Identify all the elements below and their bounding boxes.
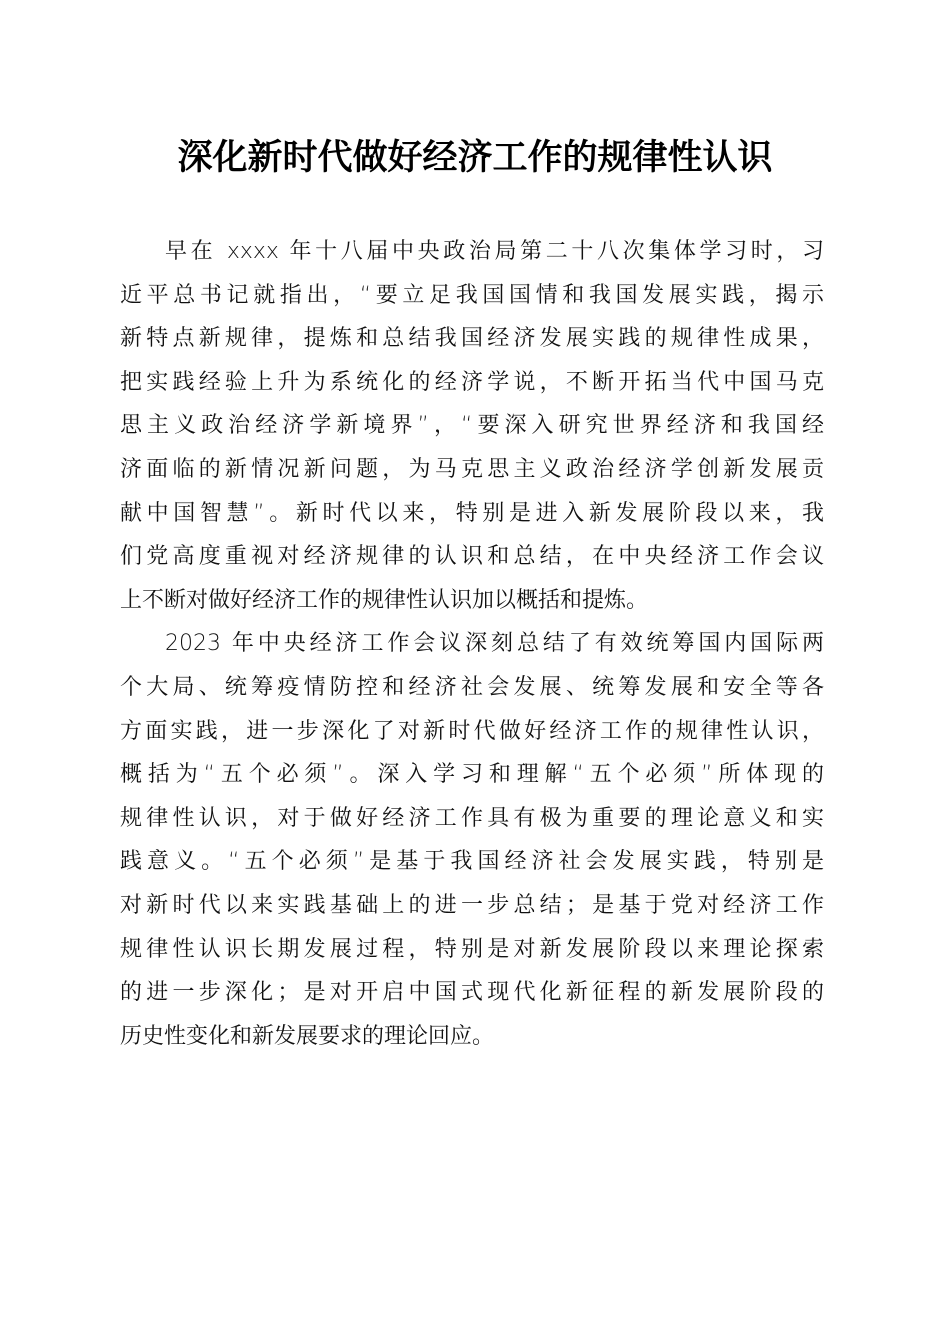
paragraph-line: 思主义政治经济学新境界”，“要深入研究世界经济和我国经 (120, 404, 824, 448)
paragraph-line: 新特点新规律，提炼和总结我国经济发展实践的规律性成果， (120, 317, 824, 361)
paragraph-line: 概括为“五个必须”。深入学习和理解“五个必须”所体现的 (120, 753, 824, 797)
document-body: 早在 xxxx 年十八届中央政治局第二十八次集体学习时，习 近平总书记就指出，“… (120, 230, 824, 1058)
paragraph-line: 近平总书记就指出，“要立足我国国情和我国发展实践，揭示 (120, 274, 824, 318)
paragraph-line: 们党高度重视对经济规律的认识和总结，在中央经济工作会议 (120, 535, 824, 579)
document-page: 深化新时代做好经济工作的规律性认识 早在 xxxx 年十八届中央政治局第二十八次… (0, 0, 950, 1344)
paragraph-line: 把实践经验上升为系统化的经济学说，不断开拓当代中国马克 (120, 361, 824, 405)
paragraph-line: 个大局、统筹疫情防控和经济社会发展、统筹发展和安全等各 (120, 666, 824, 710)
paragraph-line: 早在 xxxx 年十八届中央政治局第二十八次集体学习时，习 (120, 230, 824, 274)
paragraph-line: 献中国智慧”。新时代以来，特别是进入新发展阶段以来，我 (120, 492, 824, 536)
paragraph-line: 的进一步深化；是对开启中国式现代化新征程的新发展阶段的 (120, 971, 824, 1015)
paragraph-1: 早在 xxxx 年十八届中央政治局第二十八次集体学习时，习 近平总书记就指出，“… (120, 230, 824, 622)
paragraph-2: 2023 年中央经济工作会议深刻总结了有效统筹国内国际两 个大局、统筹疫情防控和… (120, 622, 824, 1058)
paragraph-line: 方面实践，进一步深化了对新时代做好经济工作的规律性认识， (120, 710, 824, 754)
paragraph-line: 济面临的新情况新问题，为马克思主义政治经济学创新发展贡 (120, 448, 824, 492)
paragraph-line: 2023 年中央经济工作会议深刻总结了有效统筹国内国际两 (120, 622, 824, 666)
paragraph-line: 规律性认识，对于做好经济工作具有极为重要的理论意义和实 (120, 797, 824, 841)
document-title: 深化新时代做好经济工作的规律性认识 (0, 136, 950, 180)
paragraph-line: 对新时代以来实践基础上的进一步总结；是基于党对经济工作 (120, 884, 824, 928)
paragraph-line: 历史性变化和新发展要求的理论回应。 (120, 1015, 824, 1059)
paragraph-line: 规律性认识长期发展过程，特别是对新发展阶段以来理论探索 (120, 928, 824, 972)
paragraph-line: 上不断对做好经济工作的规律性认识加以概括和提炼。 (120, 579, 824, 623)
paragraph-line: 践意义。“五个必须”是基于我国经济社会发展实践，特别是 (120, 840, 824, 884)
